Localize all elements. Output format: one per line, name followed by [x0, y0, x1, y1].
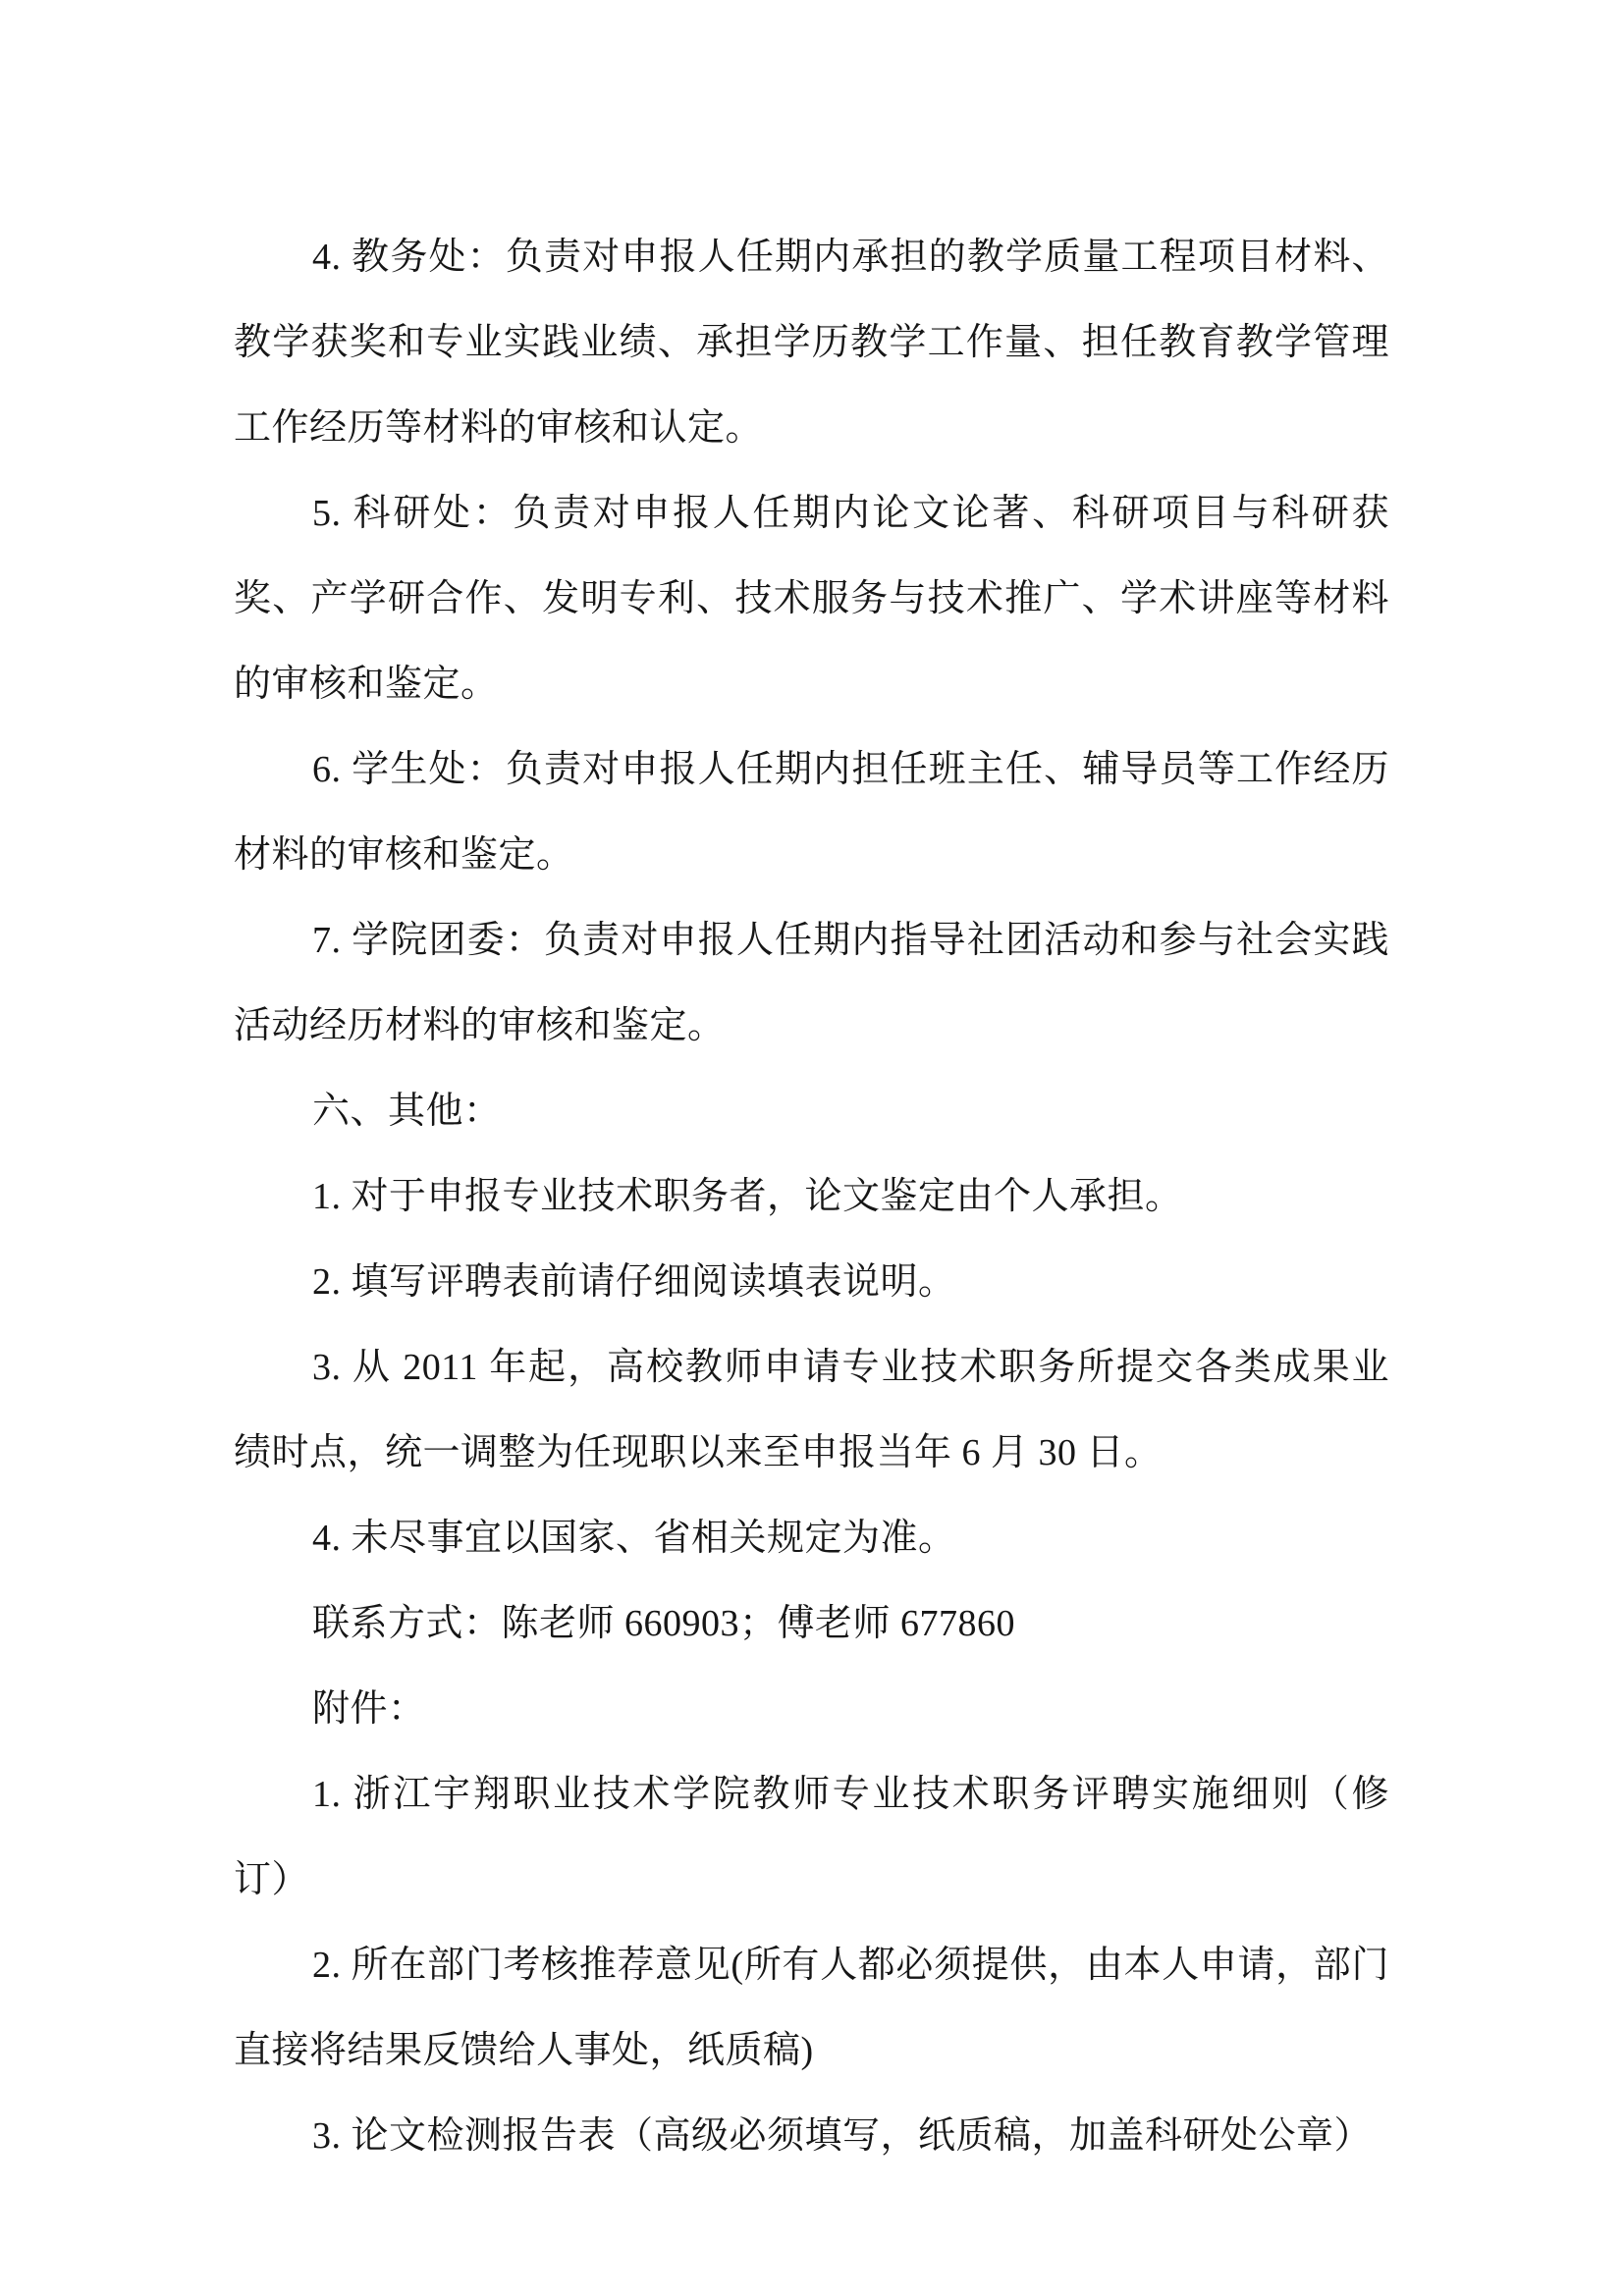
attachment-3-thesis-check-report: 3. 论文检测报告表（高级必须填写，纸质稿，加盖科研处公章） — [234, 2094, 1389, 2179]
attachment-1-implementation-rules: 1. 浙江宇翔职业技术学院教师专业技术职务评聘实施细则（修订） — [234, 1752, 1389, 1923]
paragraph-keyanchu-duties: 5. 科研处：负责对申报人任期内论文论著、科研项目与科研获奖、产学研合作、发明专… — [234, 471, 1389, 727]
other-item-2-read-instructions: 2. 填写评聘表前请仔细阅读填表说明。 — [234, 1240, 1389, 1325]
document-page: 4. 教务处：负责对申报人任期内承担的教学质量工程项目材料、教学获奖和专业实践业… — [0, 0, 1624, 2296]
contact-info: 联系方式：陈老师 660903；傅老师 677860 — [234, 1581, 1389, 1667]
paragraph-xueshengchu-duties: 6. 学生处：负责对申报人任期内担任班主任、辅导员等工作经历材料的审核和鉴定。 — [234, 727, 1389, 898]
paragraph-xueyuan-tuanwei-duties: 7. 学院团委：负责对申报人任期内指导社团活动和参与社会实践活动经历材料的审核和… — [234, 898, 1389, 1069]
other-item-1-thesis-appraisal: 1. 对于申报专业技术职务者，论文鉴定由个人承担。 — [234, 1154, 1389, 1240]
paragraph-jiaowuchu-duties: 4. 教务处：负责对申报人任期内承担的教学质量工程项目材料、教学获奖和专业实践业… — [234, 215, 1389, 471]
attachment-2-department-opinion: 2. 所在部门考核推荐意见(所有人都必须提供，由本人申请，部门直接将结果反馈给人… — [234, 1923, 1389, 2094]
other-item-4-regulations: 4. 未尽事宜以国家、省相关规定为准。 — [234, 1496, 1389, 1581]
attachments-heading: 附件： — [234, 1667, 1389, 1752]
section-heading-other: 六、其他： — [234, 1069, 1389, 1154]
document-body: 4. 教务处：负责对申报人任期内承担的教学质量工程项目材料、教学获奖和专业实践业… — [234, 215, 1389, 2179]
other-item-3-cutoff-date: 3. 从 2011 年起，高校教师申请专业技术职务所提交各类成果业绩时点，统一调… — [234, 1325, 1389, 1496]
